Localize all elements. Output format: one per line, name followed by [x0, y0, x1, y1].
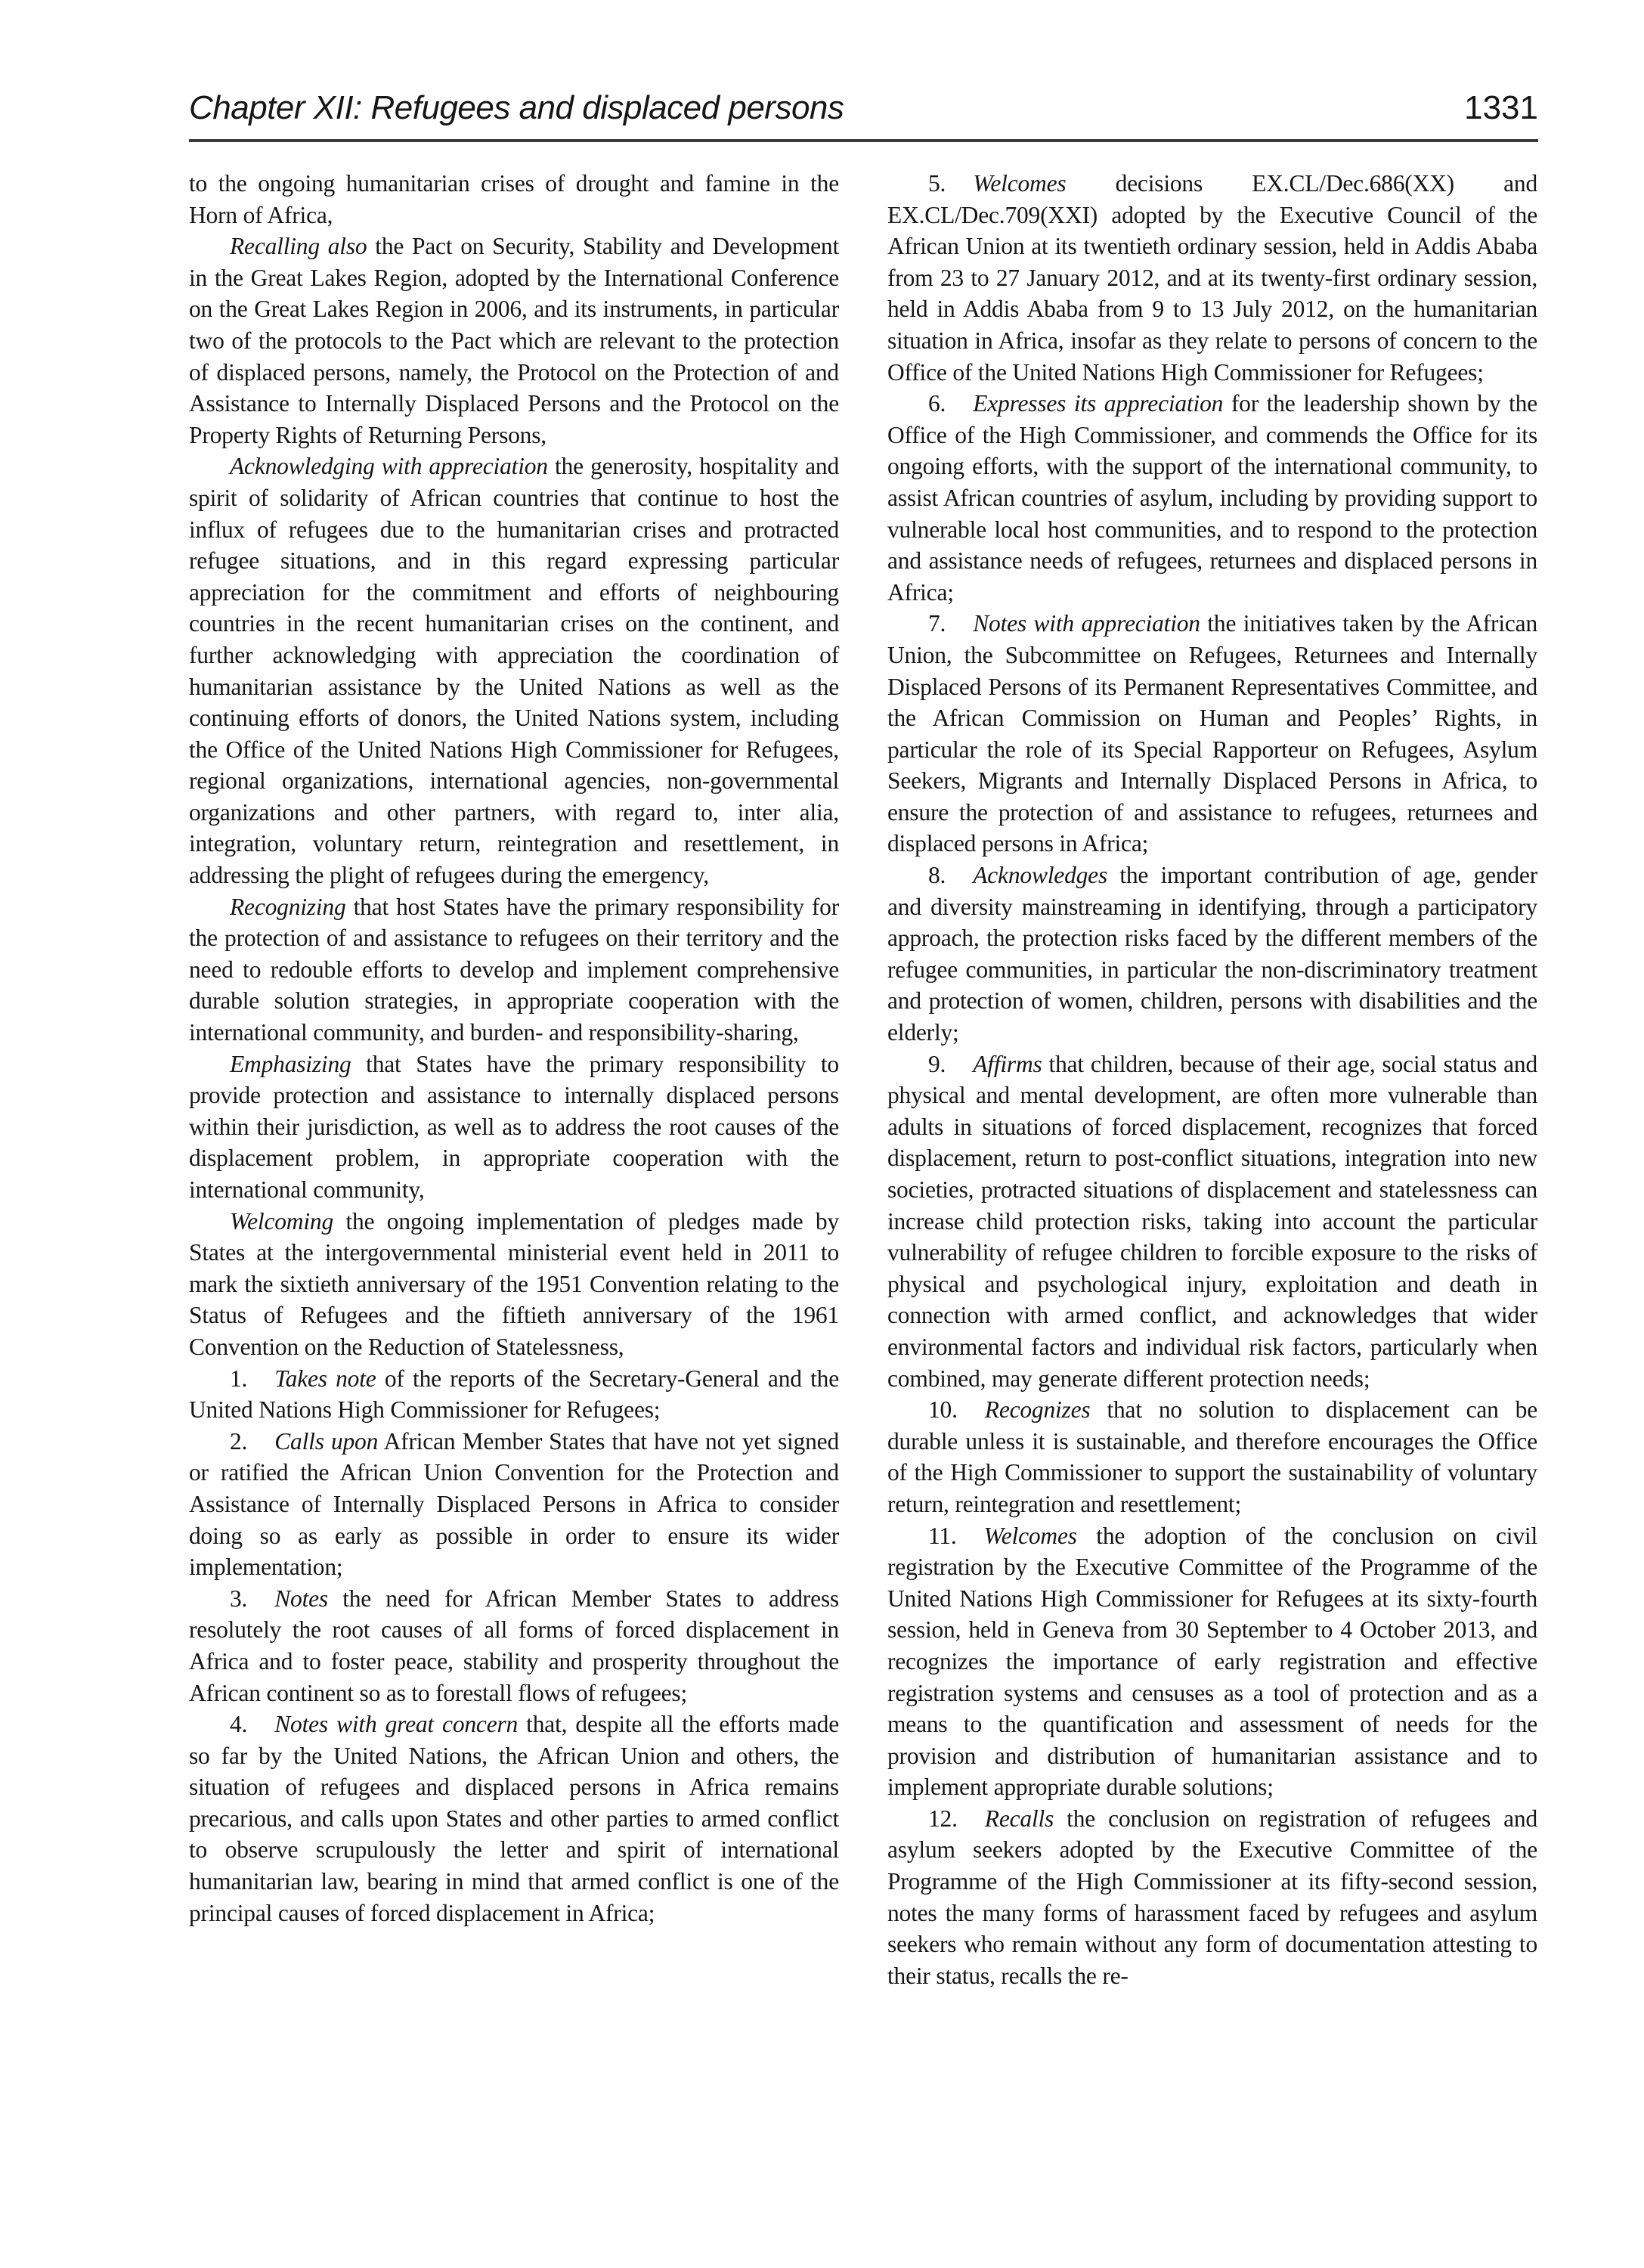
paragraph: 2.Calls upon African Member States that … — [189, 1426, 839, 1583]
paragraph: 8.Acknowledges the important contributio… — [887, 860, 1537, 1049]
paragraph-number: 11. — [928, 1523, 957, 1549]
paragraph: Recalling also the Pact on Security, Sta… — [189, 231, 839, 451]
paragraph-number: 10. — [928, 1396, 958, 1423]
paragraph-lead: Recalls — [985, 1805, 1054, 1832]
paragraph-lead: Notes — [274, 1585, 328, 1612]
page-number: 1331 — [1464, 89, 1538, 127]
paragraph-lead: Recognizing — [230, 894, 346, 920]
paragraph: 10.Recognizes that no solution to displa… — [887, 1394, 1537, 1520]
paragraph-number: 12. — [928, 1805, 958, 1832]
paragraph-lead: Expresses its appreciation — [973, 390, 1223, 417]
paragraph-lead: Acknowledges — [973, 862, 1107, 888]
right-column: 5.Welcomes decisions EX.CL/Dec.686(XX) a… — [887, 168, 1537, 1991]
paragraph-lead: Welcoming — [230, 1208, 333, 1235]
left-column: to the ongoing humanitarian crises of dr… — [189, 168, 839, 1991]
paragraph: 4.Notes with great concern that, despite… — [189, 1709, 839, 1929]
paragraph: Emphasizing that States have the primary… — [189, 1049, 839, 1206]
paragraph: 9.Affirms that children, because of thei… — [887, 1049, 1537, 1395]
paragraph: to the ongoing humanitarian crises of dr… — [189, 168, 839, 231]
document-page: Chapter XII: Refugees and displaced pers… — [0, 0, 1644, 2268]
paragraph: Welcoming the ongoing implementation of … — [189, 1206, 839, 1363]
paragraph: 11.Welcomes the adoption of the conclusi… — [887, 1520, 1537, 1803]
chapter-title: Chapter XII: Refugees and displaced pers… — [189, 89, 844, 127]
paragraph: Recognizing that host States have the pr… — [189, 891, 839, 1049]
paragraph-lead: Acknowledging with appreciation — [230, 453, 548, 479]
paragraph-number: 9. — [928, 1051, 946, 1077]
paragraph-number: 5. — [928, 170, 946, 197]
paragraph-lead: Welcomes — [984, 1523, 1077, 1549]
paragraph: 12.Recalls the conclusion on registratio… — [887, 1803, 1537, 1992]
paragraph-number: 7. — [928, 610, 946, 637]
text-columns: to the ongoing humanitarian crises of dr… — [189, 168, 1538, 1991]
paragraph-lead: Notes with appreciation — [973, 610, 1200, 637]
header-rule — [189, 139, 1538, 142]
paragraph-lead: Recognizes — [985, 1396, 1091, 1423]
paragraph-lead: Notes with great concern — [274, 1711, 518, 1737]
paragraph-number: 4. — [230, 1711, 247, 1737]
paragraph-number: 8. — [928, 862, 946, 888]
paragraph-number: 3. — [230, 1585, 247, 1612]
paragraph: 3.Notes the need for African Member Stat… — [189, 1583, 839, 1709]
paragraph-number: 1. — [230, 1365, 247, 1392]
paragraph-lead: Emphasizing — [230, 1051, 351, 1077]
text-block: Chapter XII: Refugees and displaced pers… — [189, 89, 1538, 1991]
paragraph: 6.Expresses its appreciation for the lea… — [887, 388, 1537, 608]
paragraph-lead: Calls upon — [274, 1428, 378, 1455]
page-header: Chapter XII: Refugees and displaced pers… — [189, 89, 1538, 127]
paragraph-number: 2. — [230, 1428, 247, 1455]
paragraph-lead: Recalling also — [230, 233, 367, 259]
paragraph: 5.Welcomes decisions EX.CL/Dec.686(XX) a… — [887, 168, 1537, 388]
paragraph-number: 6. — [928, 390, 946, 417]
paragraph: Acknowledging with appreciation the gene… — [189, 451, 839, 891]
paragraph: 1.Takes note of the reports of the Secre… — [189, 1363, 839, 1426]
paragraph-lead: Takes note — [274, 1365, 376, 1392]
paragraph-lead: Welcomes — [973, 170, 1066, 197]
paragraph: 7.Notes with appreciation the initiative… — [887, 608, 1537, 860]
paragraph-lead: Affirms — [973, 1051, 1042, 1077]
